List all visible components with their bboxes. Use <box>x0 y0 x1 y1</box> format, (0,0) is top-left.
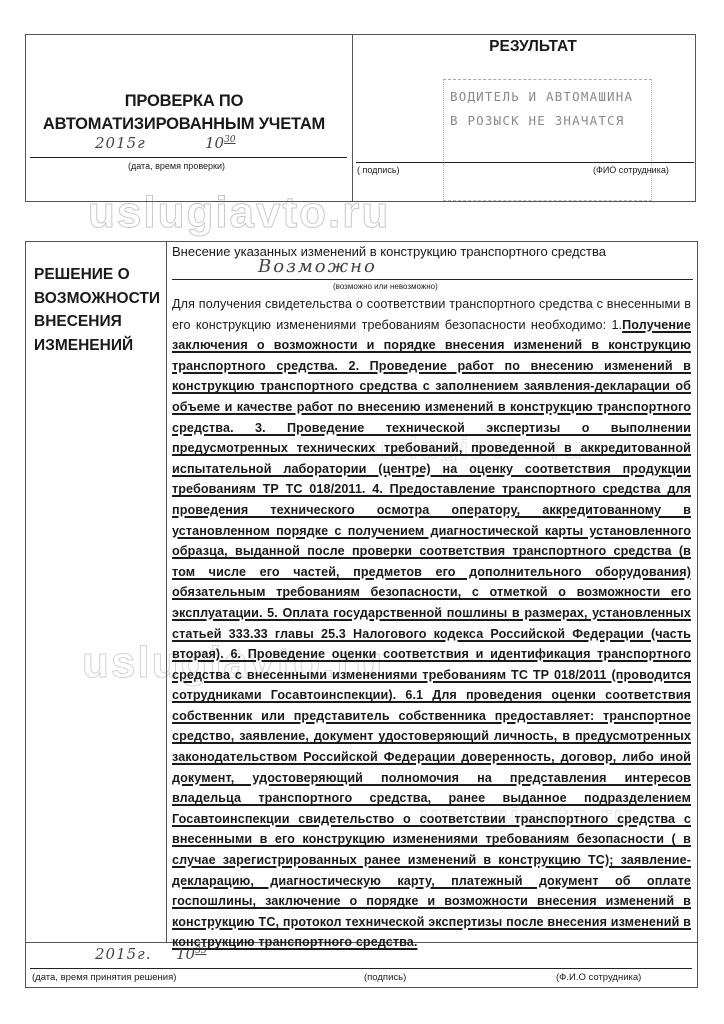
result-signature-caption: ( подпись) <box>357 165 400 175</box>
footer-field-line[interactable] <box>30 968 692 969</box>
minutes: 35 <box>195 946 206 956</box>
result-title: РЕЗУЛЬТАТ <box>352 38 696 56</box>
stamp-text-line2: В РОЗЫСК НЕ ЗНАЧАТСЯ <box>450 113 625 128</box>
decision-time-handwritten: 1035 <box>176 945 207 963</box>
minutes: 30 <box>224 135 235 145</box>
footer-name-caption: (Ф.И.О сотрудника) <box>556 972 641 983</box>
hours: 10 <box>205 134 224 152</box>
title-line: РЕШЕНИЕ О <box>34 263 164 287</box>
result-name-caption: (ФИО сотрудника) <box>593 165 669 175</box>
title-line: ВОЗМОЖНОСТИ <box>34 287 164 311</box>
requirements-list: Получение заключения о возможности и пор… <box>172 318 691 950</box>
decision-caption: (возможно или невозможно) <box>333 282 438 291</box>
result-signature-line[interactable] <box>356 162 694 163</box>
title-line: ВНЕСЕНИЯ <box>34 310 164 334</box>
decision-column-divider <box>166 241 167 943</box>
footer-signature-caption: (подпись) <box>364 972 406 983</box>
title-line: ИЗМЕНЕНИЙ <box>34 334 164 358</box>
check-date-handwritten: 2015г <box>95 134 146 152</box>
decision-date-handwritten: 2015г. <box>95 945 152 963</box>
decision-handwritten-value: Возможно <box>258 256 377 277</box>
requirements-text: Для получения свидетельства о соответств… <box>172 294 691 953</box>
footer-date-caption: (дата, время принятия решения) <box>32 972 176 983</box>
change-heading: Внесение указанных изменений в конструкц… <box>172 244 606 259</box>
automated-check-title: ПРОВЕРКА ПО АВТОМАТИЗИРОВАННЫМ УЧЕТАМ <box>25 90 343 136</box>
stamp-text-line1: ВОДИТЕЛЬ И АВТОМАШИНА <box>450 89 633 104</box>
check-time-handwritten: 1030 <box>205 134 236 152</box>
hours: 10 <box>176 945 195 963</box>
check-date-caption: (дата, время проверки) <box>128 161 225 171</box>
title-line: АВТОМАТИЗИРОВАННЫМ УЧЕТАМ <box>25 113 343 136</box>
decision-title: РЕШЕНИЕ О ВОЗМОЖНОСТИ ВНЕСЕНИЯ ИЗМЕНЕНИЙ <box>34 263 164 357</box>
requirements-intro: Для получения свидетельства о соответств… <box>172 297 691 332</box>
check-date-field-line[interactable] <box>30 157 347 158</box>
title-line: ПРОВЕРКА ПО <box>25 90 343 113</box>
decision-field-line[interactable] <box>172 279 693 280</box>
